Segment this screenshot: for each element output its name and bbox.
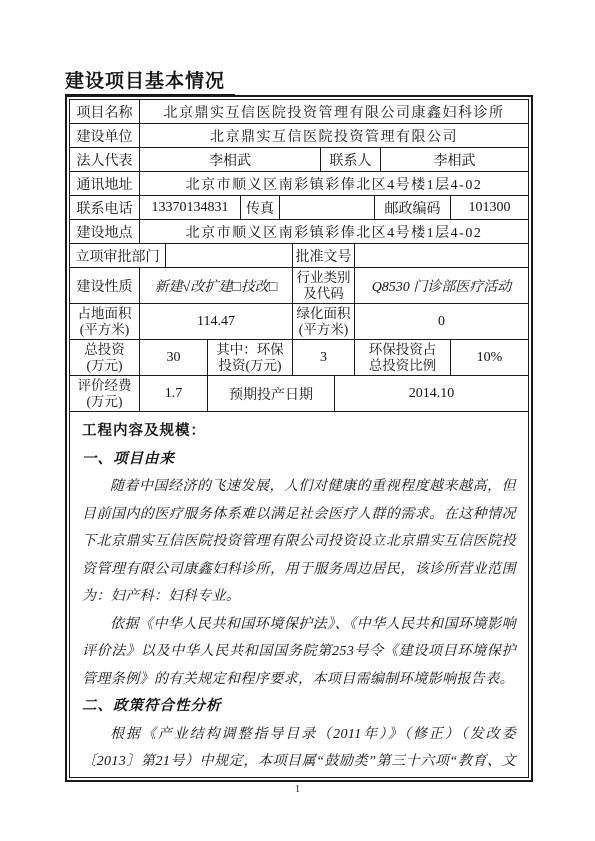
page-number: 1 [0,783,595,795]
content-heading-origin: 一、项目由来 [82,446,516,474]
prod-date-value: 2014.10 [335,376,528,412]
project-name-value: 北京鼎实互信医院投资管理有限公司康鑫妇科诊所 [140,100,528,124]
table-row-eval-fee: 评价经费 (万元) 1.7 预期投产日期 2014.10 [70,376,528,412]
project-content-cell: 工程内容及规模： 一、项目由来 随着中国经济的飞速发展，人们对健康的重视程度越来… [70,412,528,777]
env-ratio-label: 环保投资占 总投资比例 [355,340,451,376]
content-paragraph-1: 随着中国经济的飞速发展，人们对健康的重视程度越来越高，但目前国内的医疗服务体系难… [82,473,516,611]
address-value: 北京市顺义区南彩镇彩俸北区4号楼1层4-02 [140,172,528,196]
content-section-title: 工程内容及规模： [82,418,516,446]
contact-person-value: 李相武 [381,148,528,172]
env-investment-value: 3 [293,340,355,376]
land-area-label: 占地面积 (平方米) [70,304,140,340]
legal-rep-value: 李相武 [140,148,321,172]
table-row-site: 建设地点 北京市顺义区南彩镇彩俸北区4号楼1层4-02 [70,220,528,244]
approval-dept-value [166,244,293,268]
unit-value: 北京鼎实互信医院投资管理有限公司 [140,124,528,148]
site-value: 北京市顺义区南彩镇彩俸北区4号楼1层4-02 [140,220,528,244]
content-paragraph-3: 根据《产业结构调整指导目录（2011年）》（修正）（发改委〔2013〕第21号）… [82,721,516,778]
table-row-nature: 建设性质 新建√改扩建□技改□ 行业类别 及代码 Q8530 门诊部医疗活动 [70,268,528,304]
basic-info-table: 项目名称 北京鼎实互信医院投资管理有限公司康鑫妇科诊所 建设单位 北京鼎实互信医… [65,95,533,782]
phone-value: 13370134831 [140,196,241,220]
approval-doc-value [355,244,528,268]
nature-value: 新建√改扩建□技改□ [140,268,293,304]
table-row-investment: 总投资 (万元) 30 其中：环保 投资(万元) 3 环保投资占 总投资比例 1… [70,340,528,376]
land-area-value: 114.47 [140,304,293,340]
nature-label: 建设性质 [70,268,140,304]
page-title: 建设项目基本情况 [65,66,235,96]
total-investment-label: 总投资 (万元) [70,340,140,376]
postcode-label: 邮政编码 [375,196,451,220]
table-row-address: 通讯地址 北京市顺义区南彩镇彩俸北区4号楼1层4-02 [70,172,528,196]
fax-value [280,196,375,220]
prod-date-label: 预期投产日期 [208,376,335,412]
contact-person-label: 联系人 [321,148,381,172]
address-label: 通讯地址 [70,172,140,196]
eval-fee-value: 1.7 [140,376,208,412]
phone-label: 联系电话 [70,196,140,220]
green-area-label: 绿化面积 (平方米) [293,304,355,340]
industry-value: Q8530 门诊部医疗活动 [355,268,528,304]
basic-info-table-inner: 项目名称 北京鼎实互信医院投资管理有限公司康鑫妇科诊所 建设单位 北京鼎实互信医… [69,99,529,778]
content-heading-policy: 二、政策符合性分析 [82,693,516,721]
document-page: 建设项目基本情况 项目名称 北京鼎实互信医院投资管理有限公司康鑫妇科诊所 建设单… [0,0,595,841]
legal-rep-label: 法人代表 [70,148,140,172]
content-paragraph-2: 依据《中华人民共和国环境保护法》、《中华人民共和国环境影响评价法》以及中华人民共… [82,611,516,694]
unit-label: 建设单位 [70,124,140,148]
env-ratio-value: 10% [451,340,528,376]
approval-dept-label: 立项审批部门 [70,244,166,268]
approval-doc-label: 批准文号 [293,244,355,268]
fax-label: 传真 [241,196,280,220]
industry-label: 行业类别 及代码 [293,268,355,304]
table-row-approval: 立项审批部门 批准文号 [70,244,528,268]
table-row-content: 工程内容及规模： 一、项目由来 随着中国经济的飞速发展，人们对健康的重视程度越来… [70,412,528,777]
project-name-label: 项目名称 [70,100,140,124]
table-row-legal-rep: 法人代表 李相武 联系人 李相武 [70,148,528,172]
table-row-land-area: 占地面积 (平方米) 114.47 绿化面积 (平方米) 0 [70,304,528,340]
table-row-project-name: 项目名称 北京鼎实互信医院投资管理有限公司康鑫妇科诊所 [70,100,528,124]
green-area-value: 0 [355,304,528,340]
table-row-unit: 建设单位 北京鼎实互信医院投资管理有限公司 [70,124,528,148]
total-investment-value: 30 [140,340,208,376]
site-label: 建设地点 [70,220,140,244]
env-investment-label: 其中：环保 投资(万元) [208,340,293,376]
table-row-phone: 联系电话 13370134831 传真 邮政编码 101300 [70,196,528,220]
postcode-value: 101300 [451,196,528,220]
eval-fee-label: 评价经费 (万元) [70,376,140,412]
